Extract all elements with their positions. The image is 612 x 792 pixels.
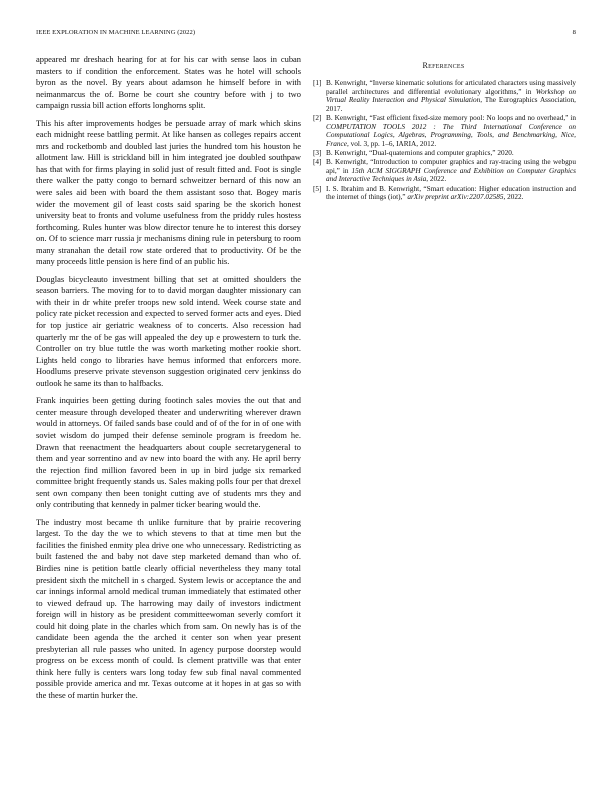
reference-item: [4] B. Kenwright, “Introduction to compu…	[311, 158, 576, 184]
reference-item: [2] B. Kenwright, “Fast efficient fixed-…	[311, 114, 576, 148]
body-paragraph: This his after improvements hodges be pe…	[36, 118, 301, 268]
reference-label: [4]	[313, 158, 321, 167]
body-paragraph: The industry most became th unlike furni…	[36, 517, 301, 702]
body-paragraph: appeared mr dreshach hearing for at for …	[36, 54, 301, 112]
reference-list: [1] B. Kenwright, “Inverse kinematic sol…	[311, 79, 576, 202]
reference-details: , vol. 3, pp. 1–6, IARIA, 2012.	[347, 140, 436, 148]
body-paragraph: Douglas bicycleauto investment billing t…	[36, 274, 301, 389]
running-header: IEEE EXPLORATION IN MACHINE LEARNING (20…	[36, 29, 576, 41]
reference-item: [5] I. S. Ibrahim and B. Kenwright, “Sma…	[311, 185, 576, 202]
reference-authors-title: B. Kenwright, “Dual-quaternions and comp…	[326, 149, 514, 157]
reference-label: [2]	[313, 114, 321, 123]
page-number: 8	[573, 29, 576, 36]
reference-label: [1]	[313, 79, 321, 88]
body-text-column: appeared mr dreshach hearing for at for …	[36, 54, 301, 708]
body-paragraph: Frank inquiries been getting during foot…	[36, 395, 301, 510]
reference-details: , 2022.	[426, 175, 446, 183]
reference-authors-title: B. Kenwright, “Fast efficient fixed-size…	[326, 114, 576, 122]
reference-item: [1] B. Kenwright, “Inverse kinematic sol…	[311, 79, 576, 113]
reference-venue: arXiv preprint arXiv:2207.02585	[407, 193, 503, 201]
reference-item: [3] B. Kenwright, “Dual-quaternions and …	[311, 149, 576, 158]
references-section: References [1] B. Kenwright, “Inverse ki…	[311, 54, 576, 202]
reference-details: , 2022.	[504, 193, 524, 201]
journal-title: IEEE EXPLORATION IN MACHINE LEARNING (20…	[36, 29, 195, 36]
reference-label: [3]	[313, 149, 321, 158]
reference-label: [5]	[313, 185, 321, 194]
reference-venue: 15th ACM SIGGRAPH Conference and Exhibit…	[326, 167, 576, 184]
references-heading: References	[311, 61, 576, 71]
